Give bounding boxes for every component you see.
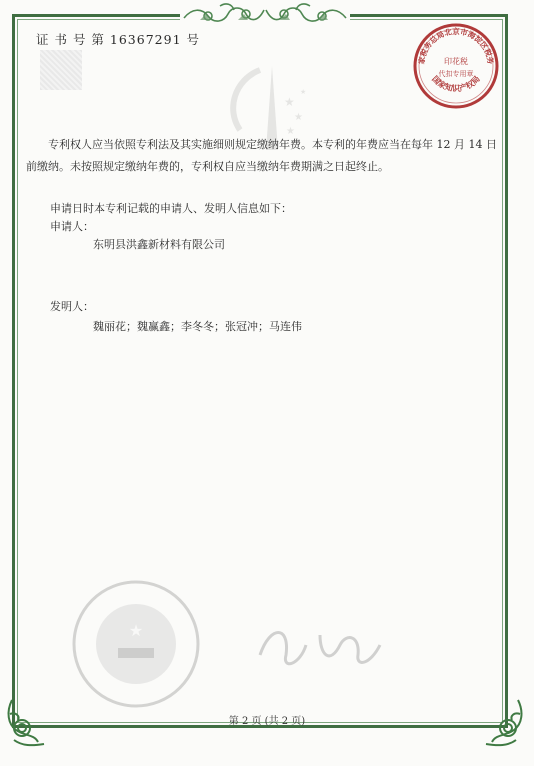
applicant-label: 申请人： <box>50 218 94 234</box>
applicant-name: 东明县洪鑫新材料有限公司 <box>93 236 225 252</box>
records-heading: 申请日时本专利记载的申请人、发明人信息如下： <box>50 200 292 216</box>
seal-center-line1: 印花税 <box>444 56 468 66</box>
tax-seal-stamp: 国家税务总局北京市海淀区税务局 印花税 代扣专用章 国家知识产权局 <box>412 22 500 110</box>
certificate-number: 证 书 号 第 16367291 号 <box>36 30 200 48</box>
inventor-names: 魏丽花；魏赢鑫；李冬冬；张冠冲；马连伟 <box>93 318 302 334</box>
signature-ghost-icon <box>250 615 390 675</box>
qr-code-ghost <box>40 50 82 90</box>
notice-line2: 前缴纳。未按照规定缴纳年费的，专利权自应当缴纳年费期满之日起终止。 <box>26 156 500 178</box>
svg-text:★: ★ <box>284 95 295 109</box>
seal-center-line2: 代扣专用章 <box>439 69 474 78</box>
certificate-page: ★ ★ ★ ★ 证 书 号 第 16367291 号 国家税务总局北京市海淀区税… <box>0 0 534 766</box>
page-indicator: 第 2 页 (共 2 页) <box>0 712 534 727</box>
inventor-label: 发明人： <box>50 298 94 314</box>
notice-line1: 专利权人应当依照专利法及其实施细则规定缴纳年费。本专利的年费应当在每年 12 月… <box>48 138 497 151</box>
svg-text:★: ★ <box>300 88 306 96</box>
national-emblem-stamp-icon: ★ <box>70 578 202 710</box>
svg-text:★: ★ <box>129 621 143 640</box>
annual-fee-notice: 专利权人应当依照专利法及其实施细则规定缴纳年费。本专利的年费应当在每年 12 月… <box>26 134 500 178</box>
svg-text:★: ★ <box>294 112 303 123</box>
top-ornament-icon <box>180 0 350 30</box>
